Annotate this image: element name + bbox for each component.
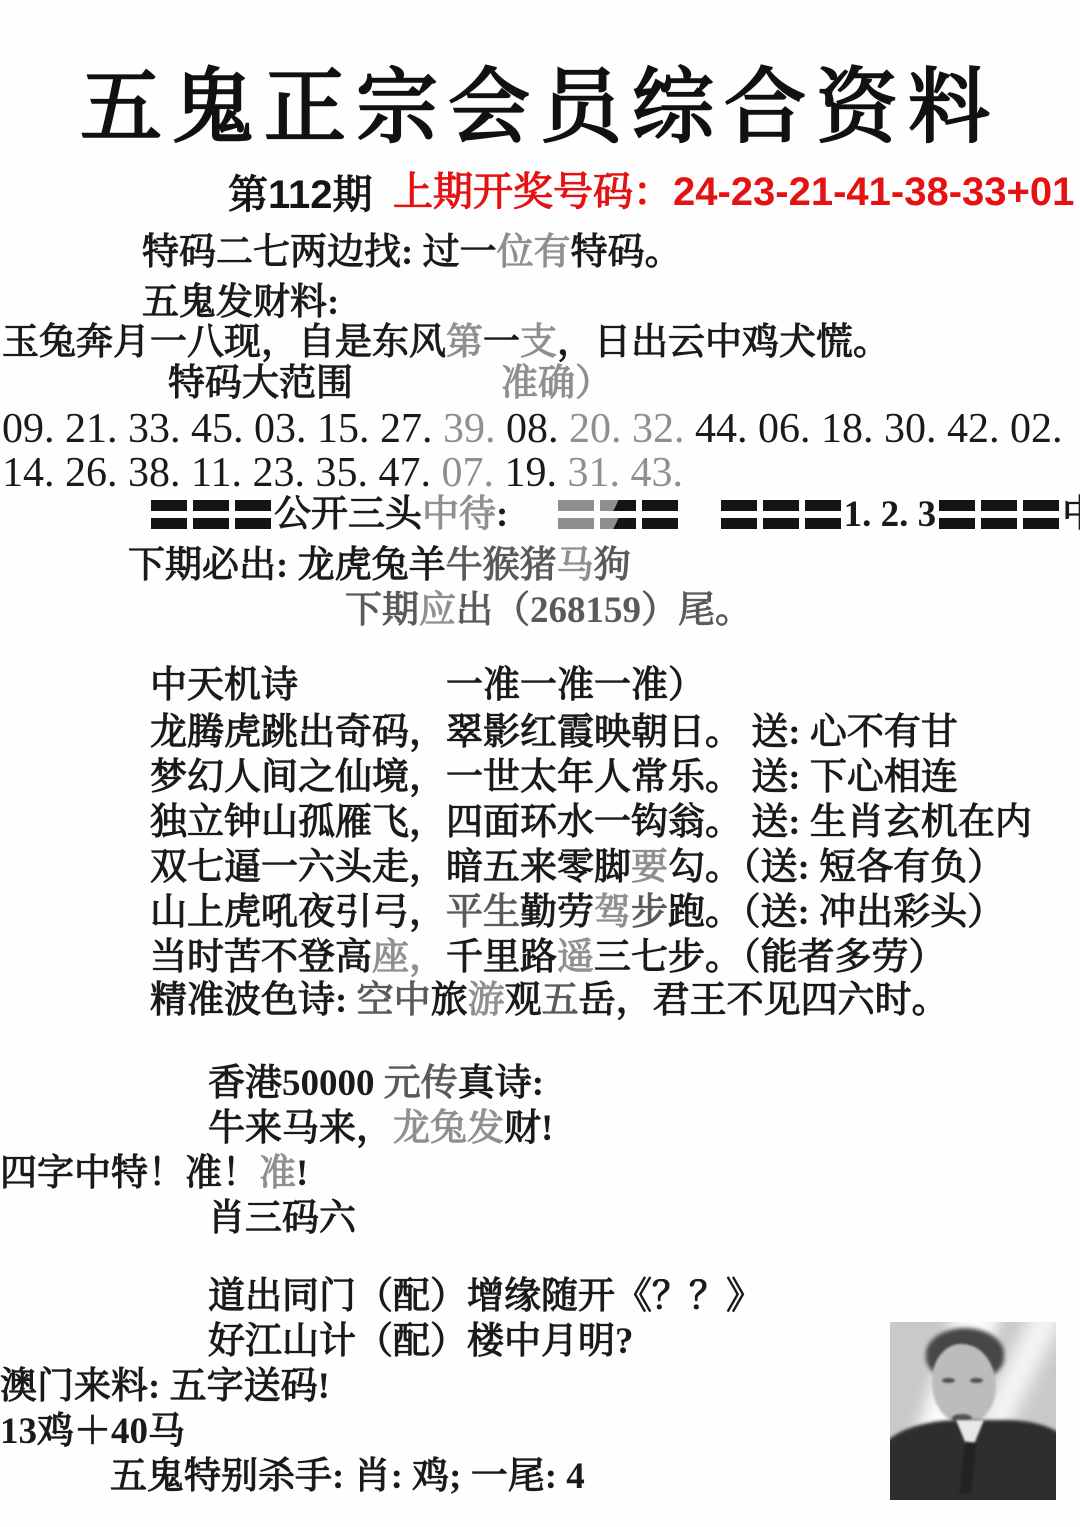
four-char-special-line: 四字中特！准！准! <box>0 1153 308 1196</box>
bar-glyph <box>600 498 636 529</box>
pair-line-1: 道出同门（配）增缘随开《？？》 <box>208 1276 763 1319</box>
line-fortune-header: 五鬼发财料: <box>142 282 339 325</box>
line-special-code-hint: 特码二七两边找: 过一位有特码。 <box>142 232 682 275</box>
poem-line-1: 龙腾虎跳出奇码，翠影红霞映朝日。 送: 心不有甘 <box>150 712 958 755</box>
poem-header: 中天机诗 一准一准一准） <box>150 665 705 708</box>
macau-tip-line: 澳门来料: 五字送码! <box>0 1366 330 1409</box>
poem-line-4: 双七逼一六头走，暗五来零脚要勾。（送: 短各有负） <box>150 847 1004 890</box>
number-range-row-1: 09. 21. 33. 45. 03. 15. 27. 39. 08. 20. … <box>2 405 1063 453</box>
bar-glyph <box>235 498 271 529</box>
number-range-row-2: 14. 26. 38. 11. 23. 35. 47. 07. 19. 31. … <box>2 449 683 497</box>
page-title: 五鬼正宗会员综合资料 <box>0 42 1080 159</box>
issue-number: 第112期 <box>228 163 373 220</box>
photo-eye <box>942 1378 955 1383</box>
line-big-range-header: 特码大范围 准确） <box>168 363 612 406</box>
pair-line-2: 好江山计（配）楼中月明? <box>208 1321 634 1364</box>
bar-glyph <box>193 498 229 529</box>
hk-fax-poem-header: 香港50000 元传真诗: <box>208 1063 544 1106</box>
special-killer-line: 五鬼特别杀手: 肖: 鸡; 一尾: 4 <box>110 1456 585 1499</box>
line-next-zodiacs: 下期必出: 龙虎兔羊牛猴猪马狗 <box>128 545 631 588</box>
poem-line-3: 独立钟山孤雁飞，四面环水一钩翁。 送: 生肖玄机在内 <box>150 802 1032 845</box>
bar-glyph <box>763 498 799 529</box>
bar-glyph <box>1023 498 1059 529</box>
bar-glyph <box>939 498 975 529</box>
portrait-photo <box>890 1322 1056 1500</box>
color-wave-poem: 精准波色诗: 空中旅游观五岳，君王不见四六时。 <box>150 980 949 1023</box>
photo-eye <box>970 1378 983 1383</box>
zodiac-code-line: 肖三码六 <box>208 1198 356 1241</box>
bar-glyph <box>642 498 678 529</box>
line-next-tails: 下期应出（268159）尾。 <box>345 590 752 633</box>
bar-glyph <box>558 498 594 529</box>
line-three-heads-bars: 公开三头中待: 1. 2. 3中 <box>148 494 1080 537</box>
line-fortune-verse: 玉兔奔月一八现，自是东风第一支，日出云中鸡犬慌。 <box>2 322 890 365</box>
poem-line-5: 山上虎吼夜引弓，平生勤劳驾步跑。（送: 冲出彩头） <box>150 892 1004 935</box>
hk-fax-poem-line: 牛来马来，龙兔发财! <box>208 1108 553 1151</box>
bar-glyph <box>151 498 187 529</box>
bar-glyph <box>721 498 757 529</box>
macau-numbers-line: 13鸡＋40马 <box>0 1411 185 1454</box>
tip-sheet-page: 五鬼正宗会员综合资料 第112期 上期开奖号码：24-23-21-41-38-3… <box>0 0 1080 1527</box>
bar-glyph <box>805 498 841 529</box>
bar-glyph <box>981 498 1017 529</box>
last-draw-numbers: 上期开奖号码：24-23-21-41-38-33+01 <box>393 160 1074 217</box>
poem-line-6: 当时苦不登高座，千里路遥三七步。（能者多劳） <box>150 937 946 980</box>
photo-face <box>932 1344 996 1424</box>
poem-line-2: 梦幻人间之仙境，一世太年人常乐。 送: 下心相连 <box>150 757 958 800</box>
